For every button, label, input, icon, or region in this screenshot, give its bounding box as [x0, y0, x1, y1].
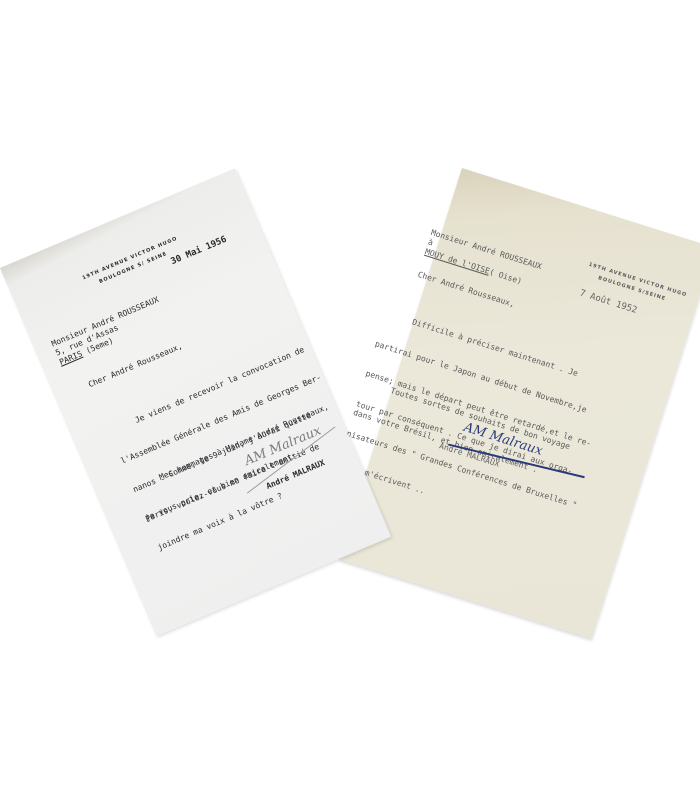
letter-date: 30 Mai 1956 [170, 236, 228, 268]
letter-1956: 19TH AVENUE VICTOR HUGO BOULOGNE S/ SEIN… [0, 168, 391, 636]
letterhead-line1: 19TH AVENUE VICTOR HUGO [82, 237, 179, 282]
recipient-district: ( Oise) [488, 267, 523, 286]
letter-date: 7 Août 1952 [578, 289, 638, 316]
letter-1952: 19TH AVENUE VICTOR HUGO BOULOGNE S/SEINE… [339, 168, 700, 639]
